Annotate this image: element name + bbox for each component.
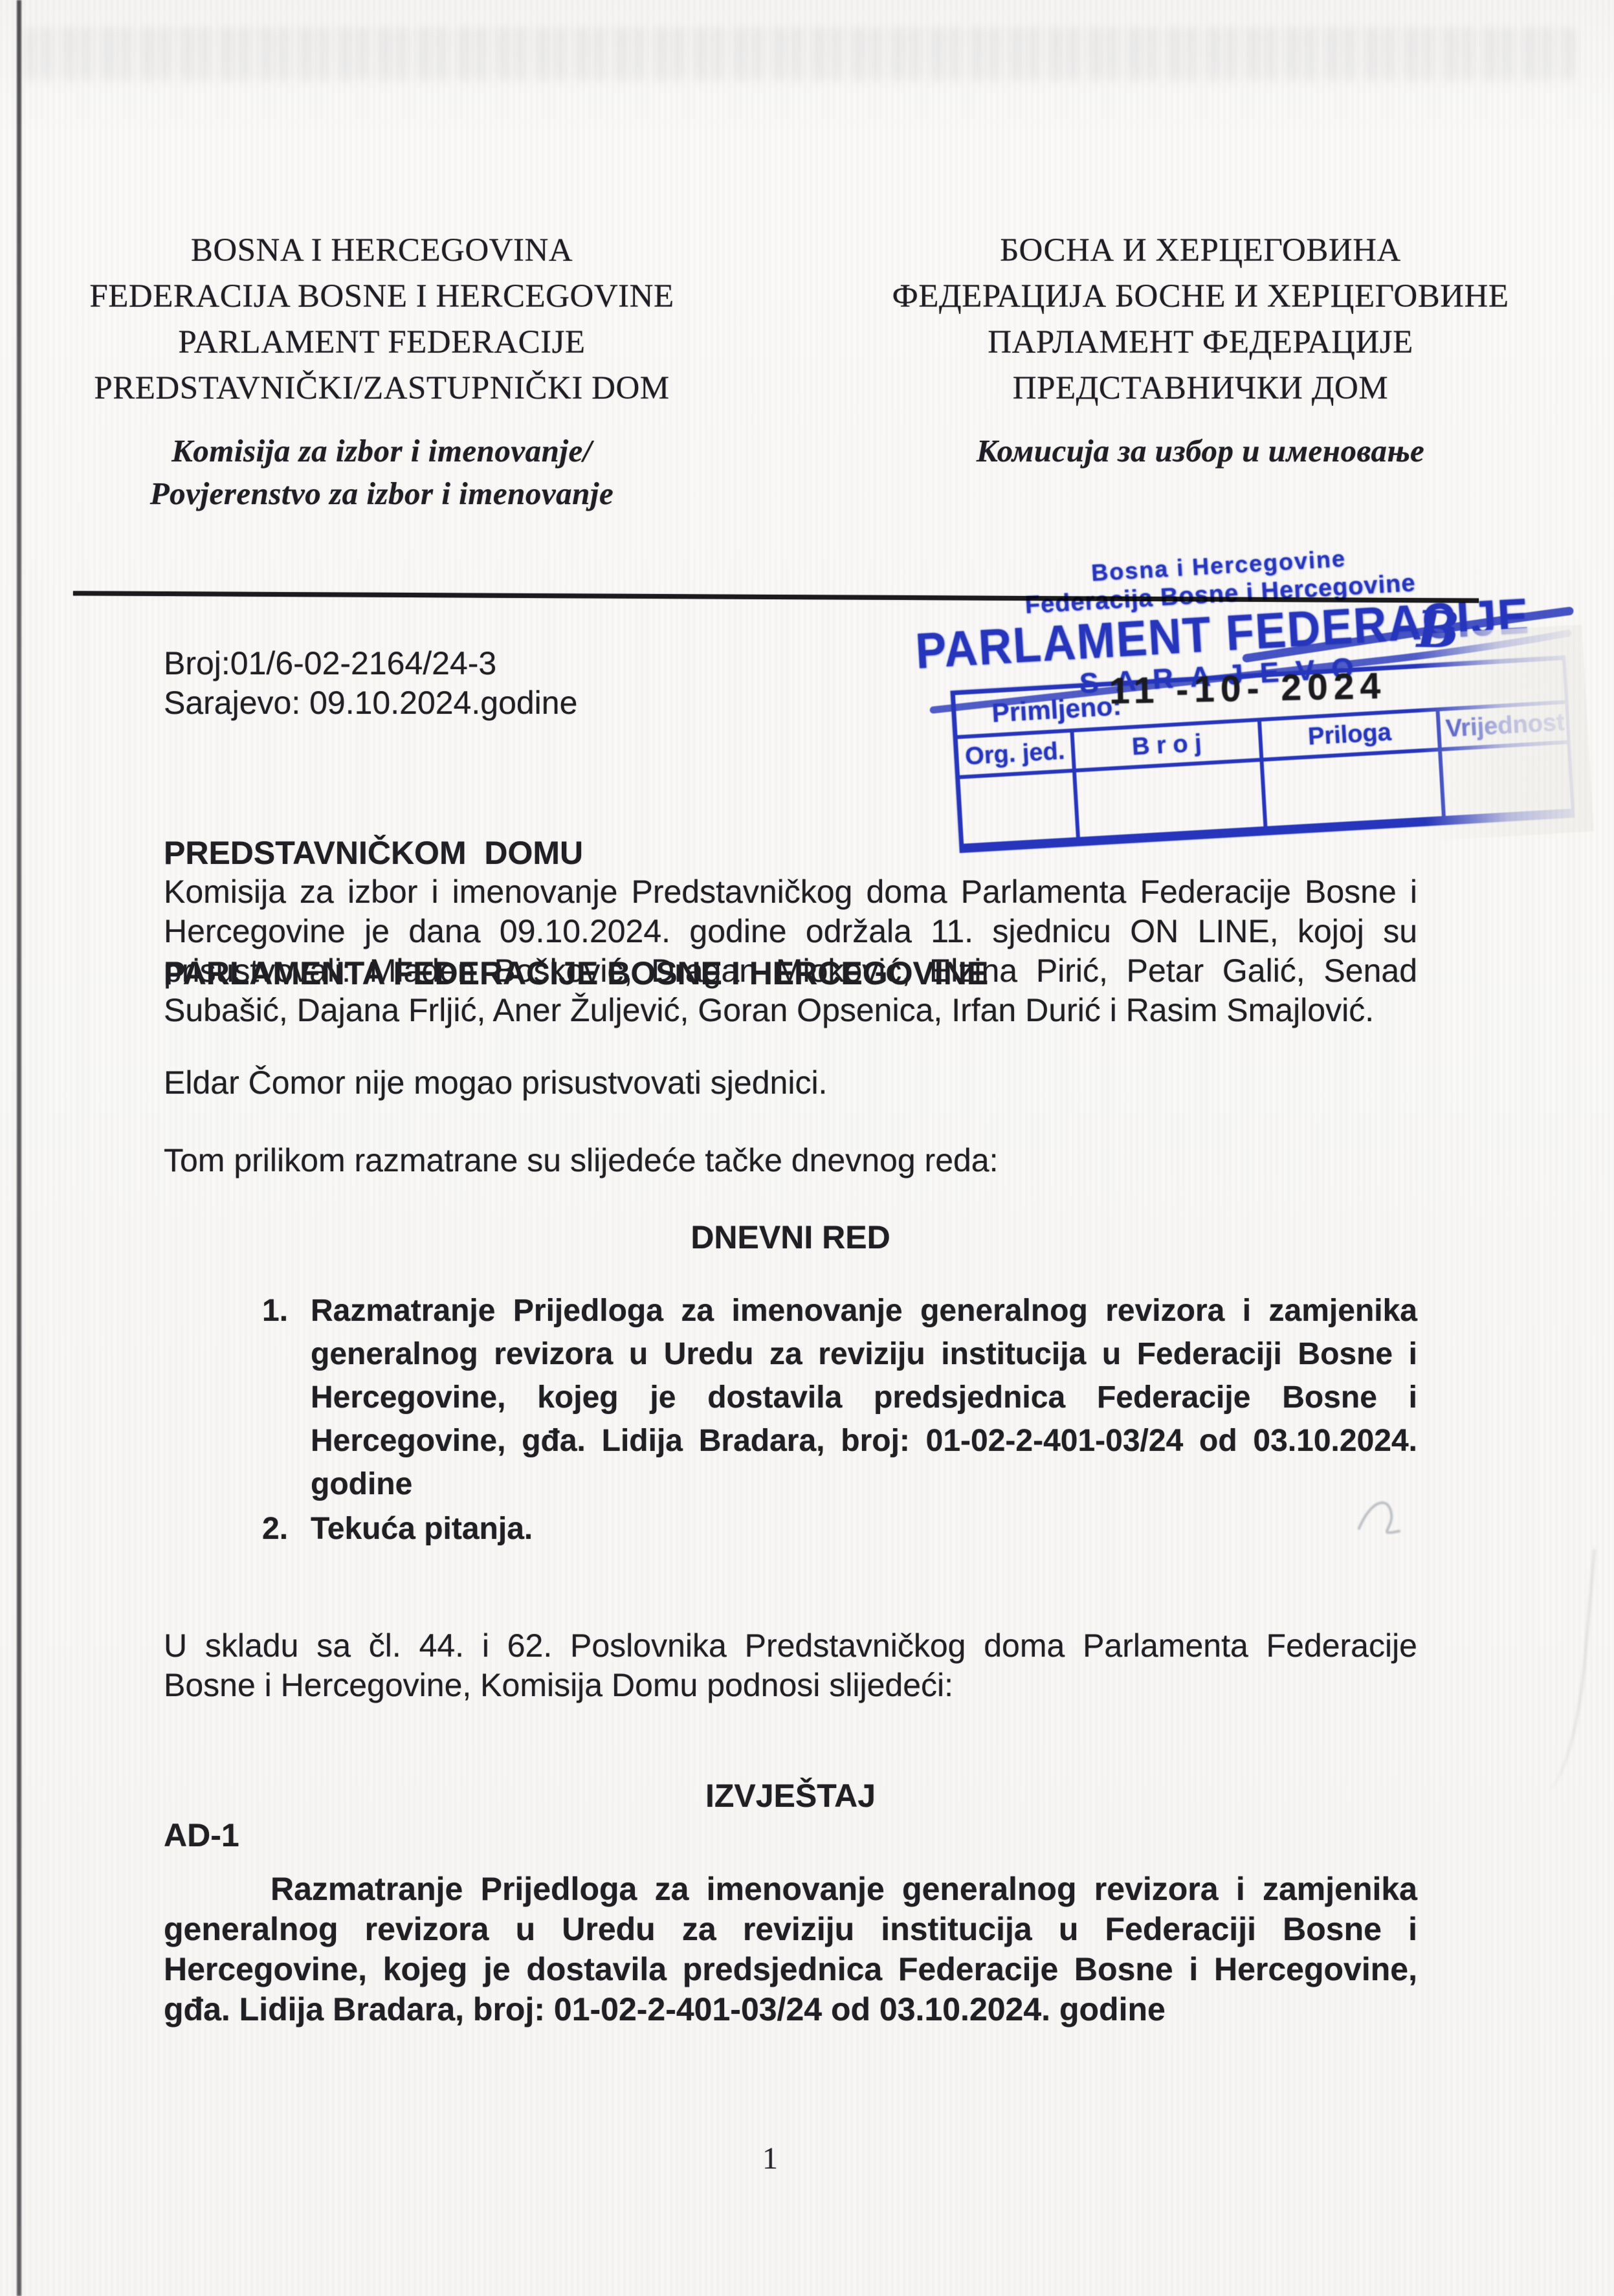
report-heading: IZVJEŠTAJ — [164, 1776, 1417, 1816]
addressee-line1: PREDSTAVNIČKOM DOMU — [164, 833, 1417, 873]
agenda-heading: DNEVNI RED — [164, 1218, 1417, 1257]
scan-edge-line — [17, 0, 21, 2296]
ink-bleed-ghost-band — [26, 27, 1575, 80]
agenda-item-number: 2. — [164, 1507, 311, 1551]
agenda-list: 1. Razmatranje Prijedloga za imenovanje … — [164, 1289, 1417, 1552]
committee-name-cyrillic: Комисија за избор и именовање — [848, 430, 1553, 472]
letterhead-line: BOSNA I HERCEGOVINA — [78, 228, 686, 274]
letterhead-latin: BOSNA I HERCEGOVINA FEDERACIJA BOSNE I H… — [78, 228, 686, 515]
committee-line: Povjerenstvo za izbor i imenovanje — [78, 472, 686, 515]
letterhead-line: FEDERACIJA BOSNE I HERCEGOVINE — [78, 274, 686, 320]
committee-line: Комисија за избор и именовање — [848, 430, 1553, 472]
letterhead-line: ФЕДЕРАЦИЈА БОСНЕ И ХЕРЦЕГОВИНЕ — [848, 274, 1553, 320]
agenda-item-text: Tekuća pitanja. — [311, 1507, 1417, 1551]
committee-line: Komisija za izbor i imenovanje/ — [78, 430, 686, 472]
page-curl-mark — [1531, 1545, 1596, 1794]
reference-number: Broj:01/6-02-2164/24-3 — [164, 644, 1417, 683]
reference-block: Broj:01/6-02-2164/24-3 Sarajevo: 09.10.2… — [164, 644, 1417, 723]
paragraph-absent-member: Eldar Čomor nije mogao prisustvovati sje… — [164, 1063, 1417, 1103]
agenda-item-text: Razmatranje Prijedloga za imenovanje gen… — [311, 1289, 1417, 1506]
committee-name-latin: Komisija za izbor i imenovanje/ Povjeren… — [78, 430, 686, 515]
agenda-item-number: 1. — [164, 1289, 311, 1506]
ad-paragraph: Razmatranje Prijedloga za imenovanje gen… — [164, 1869, 1417, 2029]
letterhead-line: PREDSTAVNIČKI/ZASTUPNIČKI DOM — [78, 366, 686, 412]
letterhead-line: ПАРЛАМЕНТ ФЕДЕРАЦИЈЕ — [848, 320, 1553, 366]
paragraph-legal-basis: U skladu sa čl. 44. i 62. Poslovnika Pre… — [164, 1626, 1417, 1705]
letterhead-cyrillic: БОСНА И ХЕРЦЕГОВИНА ФЕДЕРАЦИЈА БОСНЕ И Х… — [848, 228, 1553, 472]
letterhead-line: БОСНА И ХЕРЦЕГОВИНА — [848, 228, 1553, 274]
ad-label: AD-1 — [164, 1816, 1417, 1855]
reference-date: Sarajevo: 09.10.2024.godine — [164, 683, 1417, 723]
paragraph-session-info: Komisija za izbor i imenovanje Predstavn… — [164, 872, 1417, 1030]
letterhead-line: PARLAMENT FEDERACIJE — [78, 320, 686, 366]
handwritten-initial: B — [1417, 601, 1460, 660]
agenda-item-1: 1. Razmatranje Prijedloga za imenovanje … — [164, 1289, 1417, 1506]
agenda-item-2: 2. Tekuća pitanja. — [164, 1507, 1417, 1551]
page-number: 1 — [728, 2141, 812, 2176]
paragraph-agenda-intro: Tom prilikom razmatrane su slijedeće tač… — [164, 1141, 1417, 1180]
letterhead-line: ПРЕДСТАВНИЧКИ ДОМ — [848, 366, 1553, 412]
scanned-document-page: BOSNA I HERCEGOVINA FEDERACIJA BOSNE I H… — [0, 0, 1614, 2296]
